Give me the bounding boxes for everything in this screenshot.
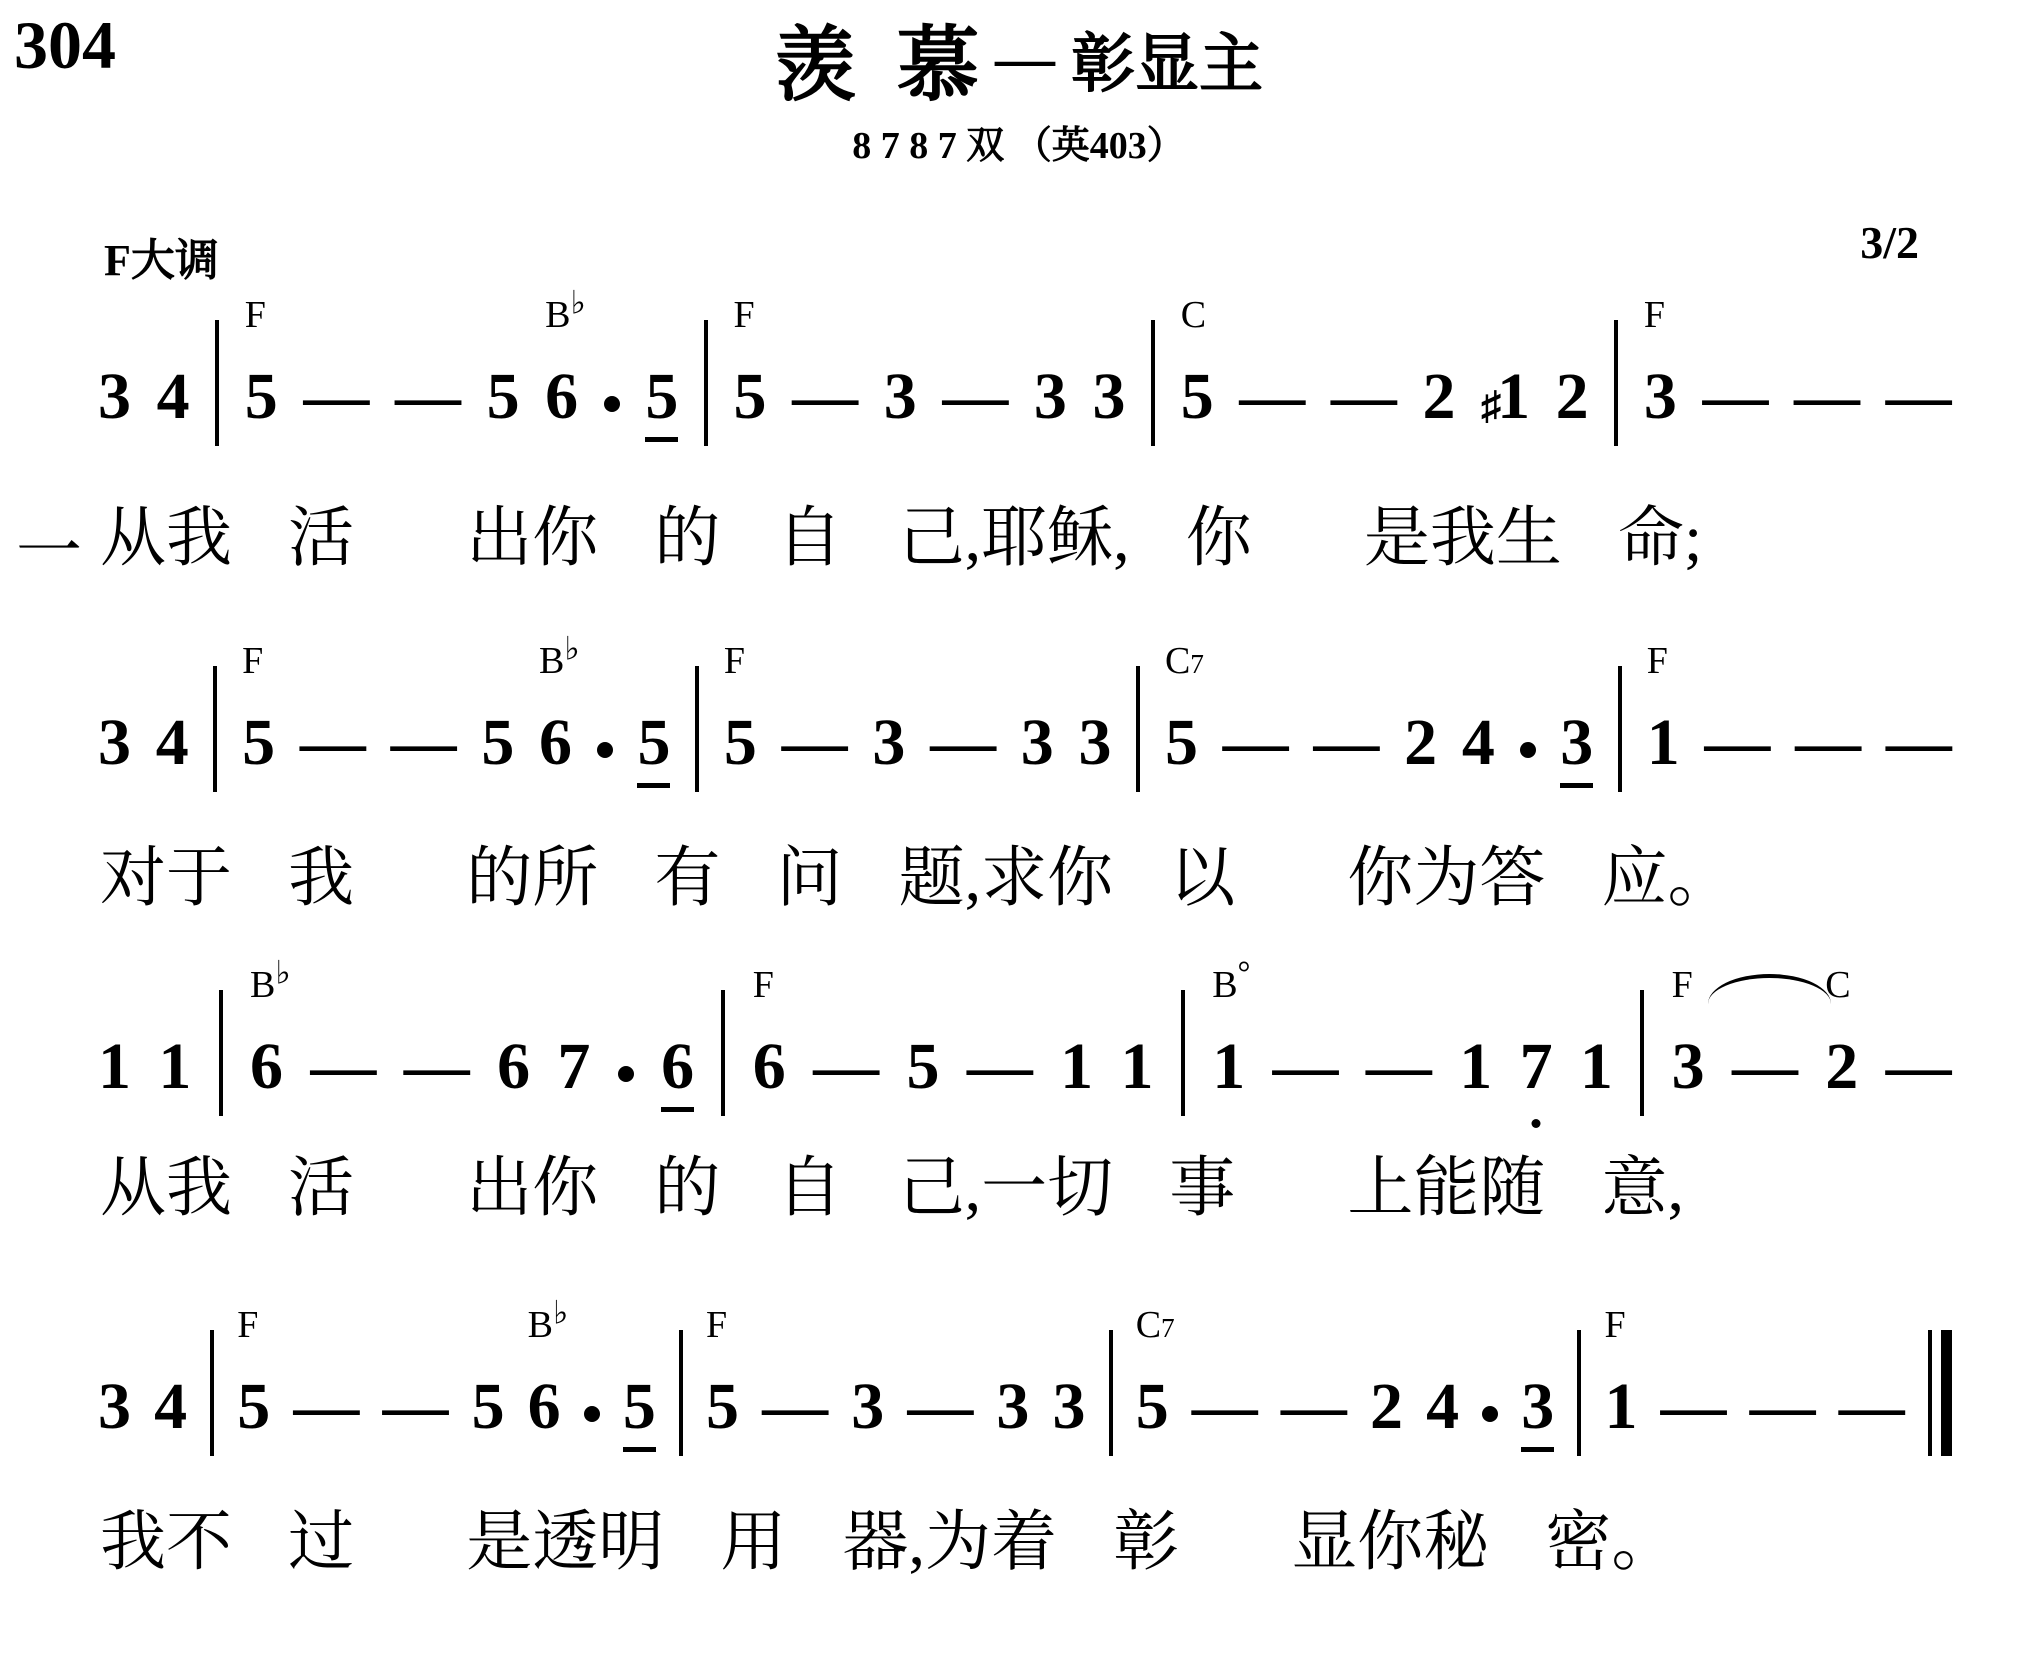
note: F5 (237, 1306, 270, 1452)
barline (210, 1306, 214, 1452)
hymn-sheet: 304 羡 慕 — 彰显主 8 7 8 7 双 （英403） F大调 3/2 3… (0, 0, 2037, 1660)
final-barline (1928, 1306, 1952, 1452)
music-line-4: 34F5——5B♭65F5—3—33C75——243F1——— (98, 1302, 1952, 1452)
duration-dash: — (1886, 296, 1952, 442)
barline (219, 966, 223, 1112)
note: 6 (661, 966, 694, 1112)
note: 2 (1422, 296, 1455, 442)
note: 3 (98, 1306, 131, 1452)
duration-dash: — (1750, 1306, 1816, 1452)
barline (1614, 296, 1618, 442)
duration-dash: — (967, 966, 1033, 1112)
key-signature: F大调 (104, 224, 219, 288)
note: 2 (1556, 296, 1589, 442)
note: F5 (734, 296, 767, 442)
note: B♭6 (545, 296, 578, 442)
duration-dot (597, 642, 613, 788)
note: 3 (996, 1306, 1029, 1452)
lyric-line-1: 从我 活 出你 的 自 己,耶稣, 你 是我生 命; (100, 498, 1702, 581)
music-line-3: 11B♭6——676F6—5—11B°1——171F3—C2— (98, 962, 1952, 1112)
duration-dash: — (1239, 296, 1305, 442)
note: 1 (1060, 966, 1093, 1112)
duration-dash: — (1331, 296, 1397, 442)
note: 5 (906, 966, 939, 1112)
duration-dash: — (1192, 1306, 1258, 1452)
music-line-2: 34F5——5B♭65F5—3—33C75——243F1——— (98, 638, 1952, 788)
duration-dash: — (391, 642, 457, 788)
note: B°1 (1212, 966, 1245, 1112)
note: 5 (637, 642, 670, 788)
duration-dash: — (1223, 642, 1289, 788)
note: 4 (1462, 642, 1495, 788)
duration-dash: — (942, 296, 1008, 442)
note: B♭6 (539, 642, 572, 788)
barline (1577, 1306, 1581, 1452)
lyric-line-2: 对于 我 的所 有 问 题,求你 以 你为答 应。 (100, 838, 1734, 921)
barline (679, 1306, 683, 1452)
duration-dash: — (303, 296, 369, 442)
duration-dash: — (792, 296, 858, 442)
duration-dash: — (1794, 296, 1860, 442)
note: 3 (851, 1306, 884, 1452)
time-signature: 3/2 (1860, 216, 1919, 269)
note: B♭6 (250, 966, 283, 1112)
barline (1151, 296, 1155, 442)
meter-text: 8 7 8 7 双 （英403） (0, 114, 2037, 169)
title-row: 羡 慕 — 彰显主 (0, 0, 2037, 117)
chord-label: F (245, 296, 266, 334)
chord-label: C7 (1165, 642, 1204, 680)
note: 4 (154, 1306, 187, 1452)
chord-label: F (237, 1306, 258, 1344)
duration-dash: — (1661, 1306, 1727, 1452)
note: 3 (1560, 642, 1593, 788)
note: 2 (1404, 642, 1437, 788)
duration-dash: — (762, 1306, 828, 1452)
duration-dash: — (782, 642, 848, 788)
title-separator: — (995, 24, 1055, 93)
barline (1109, 1306, 1113, 1452)
note: C5 (1181, 296, 1214, 442)
barline (215, 296, 219, 442)
note: 1 (1459, 966, 1492, 1112)
duration-dash: — (395, 296, 461, 442)
duration-dash: — (1704, 642, 1770, 788)
chord-label: F (706, 1306, 727, 1344)
chord-label: F (1647, 642, 1668, 680)
duration-dash: — (1366, 966, 1432, 1112)
chord-label: C (1181, 296, 1206, 334)
note: 4 (157, 296, 190, 442)
chord-label: F (724, 642, 745, 680)
chord-label: F (1604, 1306, 1625, 1344)
note: 1 (1580, 966, 1613, 1112)
duration-dash: — (310, 966, 376, 1112)
note: 3 (884, 296, 917, 442)
duration-dash: — (1839, 1306, 1905, 1452)
barline (213, 642, 217, 788)
note: C75 (1165, 642, 1198, 788)
chord-label: F (1644, 296, 1665, 334)
lyric-line-3: 从我 活 出你 的 自 己,一切 事 上能随 意, (100, 1148, 1684, 1231)
duration-dash: — (1313, 642, 1379, 788)
chord-label: F (1672, 966, 1693, 1004)
note: F6 (753, 966, 786, 1112)
duration-dash: — (1886, 966, 1952, 1112)
note: 5 (481, 642, 514, 788)
duration-dash: — (1273, 966, 1339, 1112)
note: C75 (1136, 1306, 1169, 1452)
chord-label: B♭ (545, 296, 586, 334)
chord-label: B♭ (539, 642, 580, 680)
note: 5 (645, 296, 678, 442)
note: 7 (557, 966, 590, 1112)
chord-label: B° (1212, 966, 1250, 1004)
note: 7 (1520, 966, 1553, 1112)
note: ♯1 (1481, 296, 1530, 442)
note: F3 (1644, 296, 1677, 442)
note: 4 (1426, 1306, 1459, 1452)
note: 5 (623, 1306, 656, 1452)
chord-label: B♭ (250, 966, 291, 1004)
note: 2 (1370, 1306, 1403, 1452)
note: 3 (1521, 1306, 1554, 1452)
note: C2 (1825, 966, 1858, 1112)
duration-dash: — (813, 966, 879, 1112)
barline (695, 642, 699, 788)
duration-dash: — (293, 1306, 359, 1452)
note: F5 (242, 642, 275, 788)
barline (1640, 966, 1644, 1112)
note: B♭6 (528, 1306, 561, 1452)
duration-dot (618, 966, 634, 1112)
note: 4 (156, 642, 189, 788)
note: F1 (1604, 1306, 1637, 1452)
note: 3 (1021, 642, 1054, 788)
barline (704, 296, 708, 442)
chord-label: B♭ (528, 1306, 569, 1344)
note: F5 (706, 1306, 739, 1452)
note: 1 (98, 966, 131, 1112)
note: F1 (1647, 642, 1680, 788)
chord-label: F (734, 296, 755, 334)
duration-dash: — (382, 1306, 448, 1452)
note: 6 (497, 966, 530, 1112)
lyric-line-4: 我不 过 是透明 用 器,为着 彰 显你秘 密。 (100, 1502, 1677, 1585)
note: 3 (1034, 296, 1067, 442)
chord-slur (1708, 974, 1831, 1004)
chord-label: C7 (1136, 1306, 1175, 1344)
note: F5 (724, 642, 757, 788)
duration-dot (584, 1306, 600, 1452)
note: 1 (158, 966, 191, 1112)
duration-dash: — (930, 642, 996, 788)
note: 3 (1053, 1306, 1086, 1452)
note: 5 (487, 296, 520, 442)
chord-label: F (242, 642, 263, 680)
note: 5 (472, 1306, 505, 1452)
note: F3 (1672, 966, 1705, 1112)
note: 3 (98, 296, 131, 442)
title-subtitle: 彰显主 (1071, 13, 1263, 105)
duration-dash: — (300, 642, 366, 788)
chord-label: F (753, 966, 774, 1004)
duration-dash: — (1281, 1306, 1347, 1452)
verse-number: 一 (16, 498, 82, 593)
barline (1136, 642, 1140, 788)
duration-dot (1482, 1306, 1498, 1452)
note: 3 (1079, 642, 1112, 788)
duration-dot (604, 296, 620, 442)
song-title: 羡 慕 (774, 0, 979, 117)
music-line-1: 34F5——5B♭65F5—3—33C5——2♯12F3——— (98, 292, 1952, 442)
note: 3 (1093, 296, 1126, 442)
note: 3 (98, 642, 131, 788)
duration-dash: — (404, 966, 470, 1112)
barline (1618, 642, 1622, 788)
duration-dash: — (907, 1306, 973, 1452)
barline (721, 966, 725, 1112)
barline (1181, 966, 1185, 1112)
duration-dash: — (1795, 642, 1861, 788)
note: 1 (1121, 966, 1154, 1112)
duration-dash: — (1702, 296, 1768, 442)
note: 3 (872, 642, 905, 788)
duration-dot (1520, 642, 1536, 788)
duration-dash: — (1886, 642, 1952, 788)
note: F5 (245, 296, 278, 442)
